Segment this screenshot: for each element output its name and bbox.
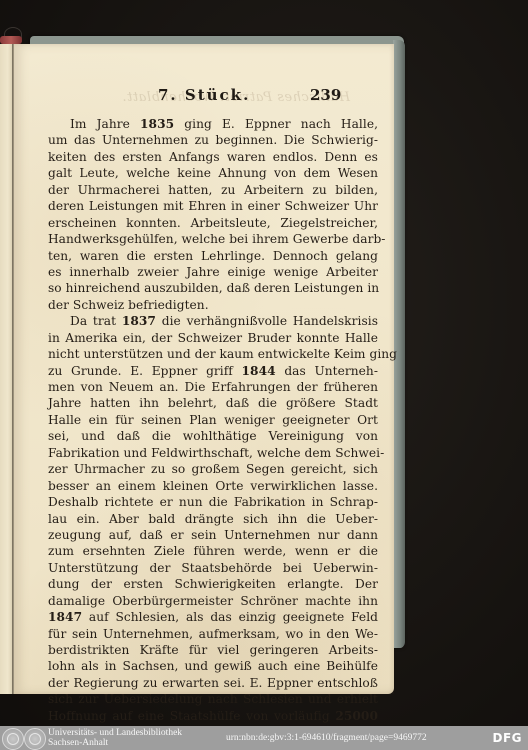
text-line: um das Unternehmen zu beginnen. Die Schw… <box>48 132 378 148</box>
year-number: 25000 <box>335 709 378 723</box>
text-segment: Da trat <box>70 314 122 328</box>
text-line: erscheinen konnten. Arbeitsleute, Ziegel… <box>48 215 378 231</box>
text-line: nicht unterstützen und der kaum entwicke… <box>48 346 378 362</box>
urn-identifier[interactable]: urn:nbn:de:gbv:3:1-694610/fragment/page=… <box>226 733 427 743</box>
section-title: 7. Stück. <box>158 86 250 104</box>
text-line: Im Jahre 1835 ging E. Eppner nach Halle, <box>48 116 378 132</box>
text-line: zeugung auf, daß er sein Unternehmen nur… <box>48 527 378 543</box>
scan-viewport: Hallisches Patriot. Wochenblatt. 7. Stüc… <box>0 0 528 750</box>
university-seal-icon <box>2 728 24 750</box>
text-line: Deshalb richtete er nun die Fabrikation … <box>48 494 378 510</box>
institution-line-2: Sachsen-Anhalt <box>48 738 182 748</box>
text-line: so hinreichend auszubilden, daß deren Le… <box>48 280 378 296</box>
book-cover-edge <box>393 40 405 648</box>
text-segment: ging E. Eppner nach Halle, <box>174 117 378 131</box>
text-line: damalige Oberbürgermeister Schröner mach… <box>48 593 378 609</box>
year-number: 1844 <box>242 364 276 378</box>
text-line: der Schweiz befriedigten. <box>48 297 378 313</box>
body-text: Im Jahre 1835 ging E. Eppner nach Halle,… <box>48 116 378 750</box>
dfg-logo: DFG <box>492 731 522 745</box>
text-line: zer Uhrmacher zu so großem Segen gereich… <box>48 461 378 477</box>
text-line: Handwerksgehülfen, welche bei ihrem Gewe… <box>48 231 378 247</box>
text-line: in Amerika ein, der Schweizer Bruder kon… <box>48 330 378 346</box>
text-line: sei, und daß die wohlthätige Vereinigung… <box>48 428 378 444</box>
text-line: der Uhrmacherei hatten, zu Arbeitern zu … <box>48 182 378 198</box>
text-line: keiten des ersten Anfangs waren endlos. … <box>48 149 378 165</box>
text-line: zum ersehnten Ziele führen werde, wenn e… <box>48 543 378 559</box>
institution-name: Universitäts- und Landesbibliothek Sachs… <box>48 728 182 748</box>
text-line: deren Leistungen mit Ehren in einer Schw… <box>48 198 378 214</box>
text-segment: die verhängnißvolle Handelskrisis <box>156 314 378 328</box>
text-line: lohn als in Sachsen, und gewiß auch eine… <box>48 658 378 674</box>
text-segment: zu Grunde. E. Eppner griff <box>48 364 242 378</box>
text-line: für sein Unternehmen, aufmerksam, wo in … <box>48 626 378 642</box>
text-line: Halle ein für seinen Plan weniger geeign… <box>48 412 378 428</box>
text-line: es innerhalb zweier Jahre einige wenige … <box>48 264 378 280</box>
text-line: 1847 auf Schlesien, als das einzig geeig… <box>48 609 378 625</box>
text-line: men von Neuem an. Die Erfahrungen der fr… <box>48 379 378 395</box>
book-page: Hallisches Patriot. Wochenblatt. 7. Stüc… <box>14 44 394 694</box>
text-segment: das Unterneh- <box>276 364 378 378</box>
footer-bar: Universitäts- und Landesbibliothek Sachs… <box>0 726 528 750</box>
page-number: 239 <box>310 86 341 104</box>
institution-line-1: Universitäts- und Landesbibliothek <box>48 728 182 738</box>
text-segment: Im Jahre <box>70 117 140 131</box>
text-line: Fabrikation und Feldwirthschaft, welche … <box>48 445 378 461</box>
text-segment: auf Schlesien, als das einzig geeignete … <box>82 610 378 624</box>
headband <box>0 36 22 44</box>
year-number: 1835 <box>140 117 174 131</box>
text-line: besser an einem kleinen Orte verwirklich… <box>48 478 378 494</box>
text-line: Da trat 1837 die verhängnißvolle Handels… <box>48 313 378 329</box>
year-number: 1837 <box>122 314 156 328</box>
text-line: Unterstützung der Staatsbehörde bei Uebe… <box>48 560 378 576</box>
text-line: zu Grunde. E. Eppner griff 1844 das Unte… <box>48 363 378 379</box>
text-line: Jahre hatten ihn belehrt, daß die größer… <box>48 395 378 411</box>
text-segment: Hoffnung auf eine Staatshülfe von vorläu… <box>48 709 335 723</box>
text-line: berdistrikten Kräfte für viel geringeren… <box>48 642 378 658</box>
text-line: sich zur Uebersiedelung nach Schlesien u… <box>48 691 378 707</box>
running-head: 7. Stück. 239 <box>14 86 394 106</box>
year-number: 1847 <box>48 610 82 624</box>
text-line: Hoffnung auf eine Staatshülfe von vorläu… <box>48 708 378 724</box>
text-line: ten, waren die ersten Lehrlinge. Dennoch… <box>48 248 378 264</box>
text-line: lau ein. Aber bald drängte sich ihn die … <box>48 511 378 527</box>
text-line: dung der ersten Schwierigkeiten erlangte… <box>48 576 378 592</box>
text-line: der Regierung zu erwarten sei. E. Eppner… <box>48 675 378 691</box>
library-seal-icon <box>24 728 46 750</box>
text-line: galt Leute, welche keine Ahnung von dem … <box>48 165 378 181</box>
